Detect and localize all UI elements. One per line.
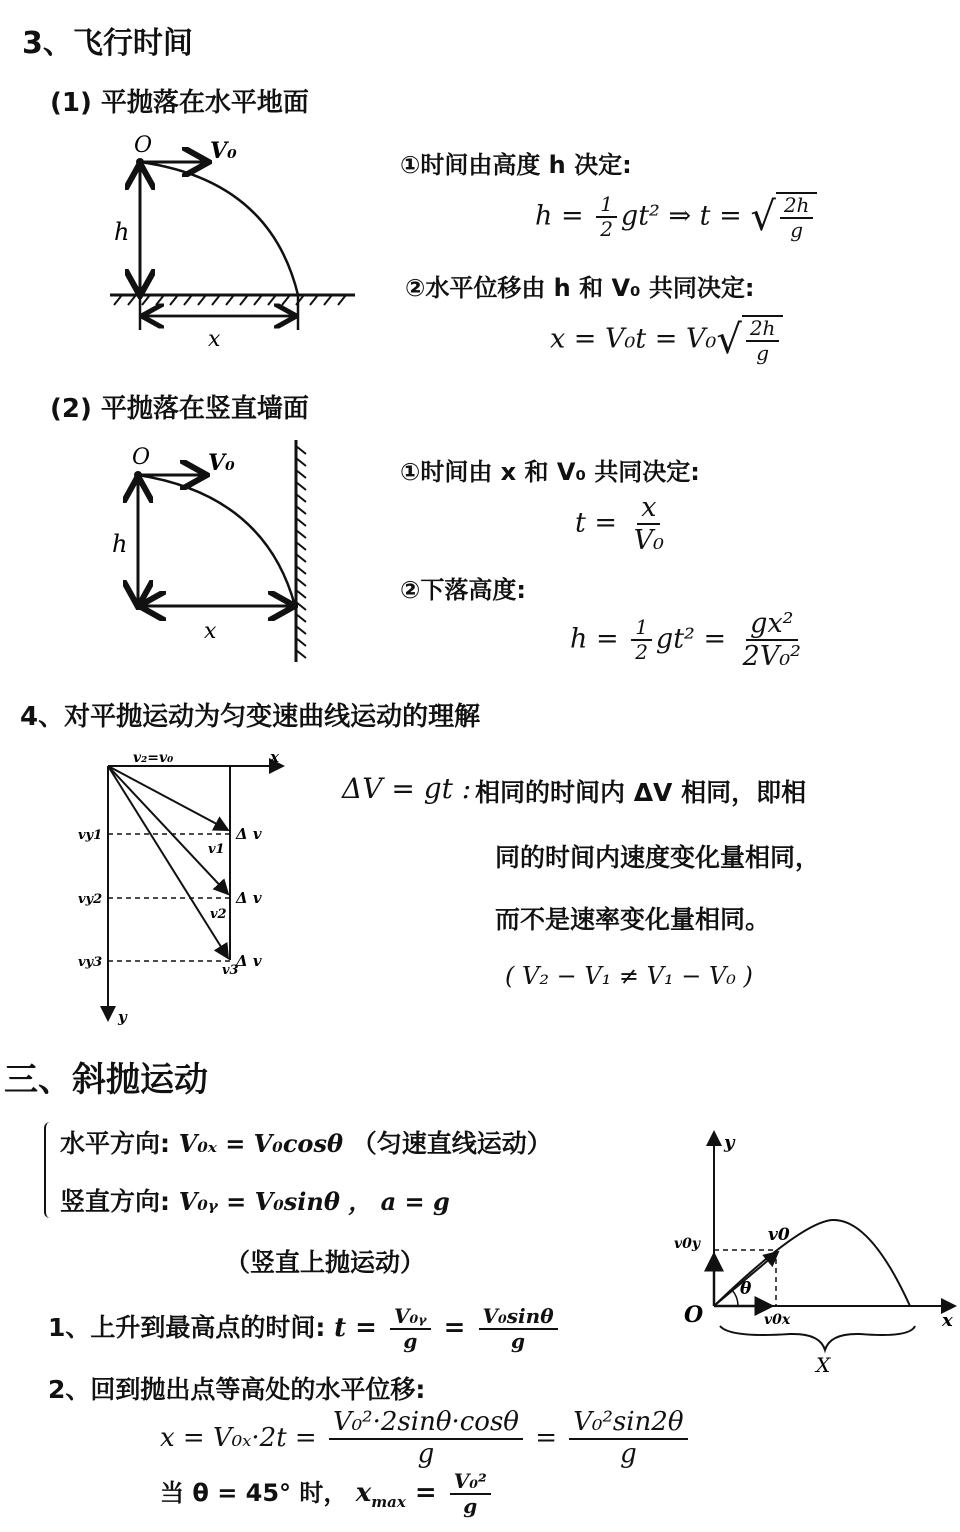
y-axis-label: y (117, 1008, 128, 1026)
ground-distance-formula: x = V₀t = V₀√2hg (550, 315, 783, 365)
wall-point-1-label: ①时间由 x 和 V₀ 共同决定: (400, 452, 700, 487)
x-axis-label: x (941, 1310, 953, 1331)
x-axis-label: x (269, 748, 280, 766)
delta-v-formula: ΔV = gt : (342, 772, 471, 805)
range-formula: x = V₀ₓ·2t = V₀²·2sinθ·cosθg = V₀²sin2θg (160, 1408, 692, 1470)
y-axis-label: y (723, 1132, 736, 1153)
explanation-line-2: 同的时间内速度变化量相同， (495, 838, 820, 874)
explanation-line-1: 相同的时间内 ΔV 相同，即相 (475, 773, 806, 809)
vy1-label: vy1 (78, 828, 102, 843)
oblique-projectile-diagram: y x O v0 v0y v0x θ X (670, 1128, 960, 1378)
section-4-title: 4、对平抛运动为匀变速曲线运动的理解 (20, 696, 480, 733)
wall-point-2-label: ②下落高度: (400, 570, 526, 605)
velocity-change-diagram: v₂=v₀ x y vy1 vy2 vy3 v1 v2 v3 Δ v Δ v Δ… (78, 748, 298, 1028)
inequality-note: ( V₂ − V₁ ≠ V₁ − V₀ ) (505, 962, 753, 990)
ground-point-2-label: ②水平位移由 h 和 V₀ 共同决定: (405, 268, 755, 303)
top-label: v₂=v₀ (133, 750, 173, 766)
distance-label: x (208, 327, 221, 352)
v1-label: v1 (208, 842, 225, 857)
ground-time-formula: h = 12gt² ⇒ t = √2hg (535, 192, 817, 242)
wall-landing-diagram: O V₀ h x (100, 440, 320, 670)
v0-label: V₀ (208, 450, 235, 476)
v2-label: v2 (210, 907, 227, 922)
theta-label: θ (740, 1279, 752, 1299)
vertical-direction: 竖直方向: V₀ᵧ = V₀sinθ ， a = g (60, 1182, 450, 1218)
explanation-line-3: 而不是速率变化量相同。 (495, 900, 770, 936)
subsection-1-title: (1) 平抛落在水平地面 (50, 82, 309, 119)
height-label: h (112, 530, 127, 558)
dv-label: Δ v (235, 889, 262, 907)
horizontal-direction: 水平方向: V₀ₓ = V₀cosθ （匀速直线运动） (60, 1124, 552, 1160)
section-3-title: 3、飞行时间 (22, 18, 193, 62)
v0-label: v0 (768, 1225, 790, 1245)
item-2: 2、回到抛出点等高处的水平位移: (48, 1370, 425, 1406)
wall-time-formula: t = xV₀ (575, 492, 672, 556)
vy3-label: vy3 (78, 955, 102, 970)
ground-point-1-label: ①时间由高度 h 决定: (400, 145, 632, 180)
origin-label: O (684, 1302, 703, 1328)
subsection-2-title: (2) 平抛落在竖直墙面 (50, 388, 309, 425)
origin-label: O (134, 133, 152, 158)
distance-label: x (204, 619, 217, 644)
vy2-label: vy2 (78, 892, 102, 907)
dv-label: Δ v (235, 825, 262, 843)
wall-height-formula: h = 12gt² = gx²2V₀² (570, 608, 809, 672)
v0-label: V₀ (210, 138, 237, 164)
ground-landing-diagram: O V₀ h x (100, 130, 370, 360)
dv-label: Δ v (235, 952, 262, 970)
origin-label: O (132, 445, 150, 470)
v0y-label: v0y (674, 1236, 701, 1252)
v0x-label: v0x (764, 1312, 791, 1328)
item-1: 1、上升到最高点的时间: t = V₀ᵧg = V₀sinθg (48, 1305, 562, 1353)
vertical-note: （竖直上抛运动） (225, 1243, 425, 1279)
brace (44, 1122, 54, 1218)
height-label: h (114, 218, 129, 246)
section-iii-title: 三、斜抛运动 (4, 1052, 208, 1101)
max-range-formula: 当 θ = 45° 时， xmax = V₀²g (160, 1470, 495, 1518)
range-label: X (814, 1353, 831, 1377)
